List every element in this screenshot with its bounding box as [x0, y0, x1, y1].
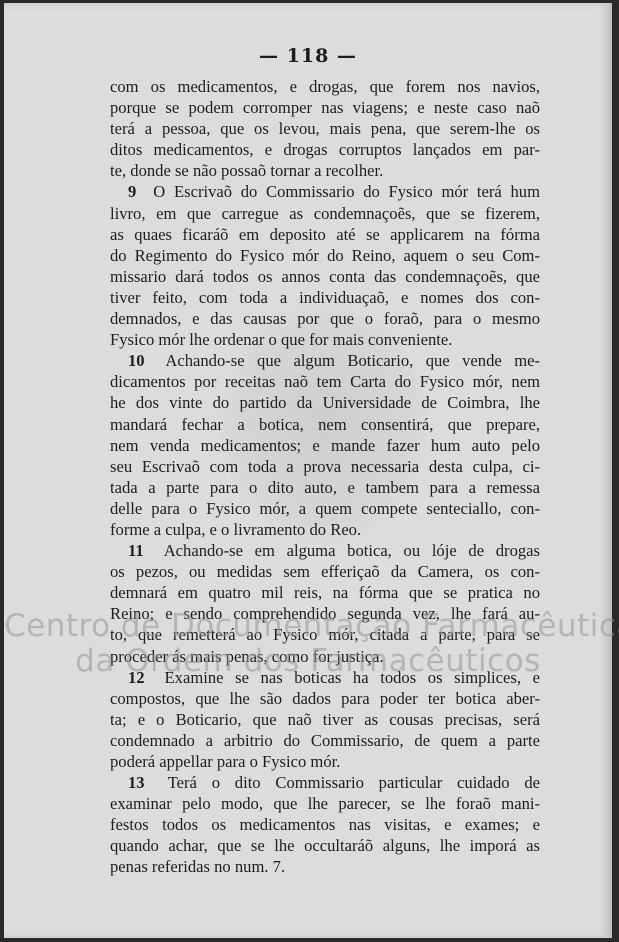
- text-line: penas referidas no num. 7.: [110, 856, 540, 877]
- paragraph-number: 11: [128, 541, 164, 560]
- text-line: festos todos os medicamentos nas visitas…: [110, 814, 540, 835]
- line-text: as quaes ficaráõ em deposito até se appl…: [110, 225, 540, 244]
- line-text: livro, em que carregue as condemnaçoẽs, …: [110, 204, 540, 223]
- line-text: forme a culpa, e o livramento do Reo.: [110, 520, 361, 539]
- text-line: com os medicamentos, e drogas, que forem…: [110, 76, 540, 97]
- watermark-line-1: Centro de Documentação Farmacêutica: [4, 608, 612, 644]
- line-text: do Regimento do Fysico mór do Reino, aqu…: [110, 246, 540, 265]
- text-line: livro, em que carregue as condemnaçoẽs, …: [110, 203, 540, 224]
- text-line: do Regimento do Fysico mór do Reino, aqu…: [110, 245, 540, 266]
- line-text: seu Escrivaõ com toda a prova necessaria…: [110, 457, 540, 476]
- text-line: tada a parte para o dito auto, e tambem …: [110, 477, 540, 498]
- line-text: te, donde se não possaõ tornar a recolhe…: [110, 161, 383, 180]
- body-text: com os medicamentos, e drogas, que forem…: [110, 76, 540, 878]
- line-text: dicamentos por receitas naõ tem Carta do…: [110, 372, 540, 391]
- text-line: os pezos, ou medidas sem efferiçaõ da Ca…: [110, 561, 540, 582]
- text-line: demnará em quatro mil reis, na fórma que…: [110, 582, 540, 603]
- text-line: seu Escrivaõ com toda a prova necessaria…: [110, 456, 540, 477]
- text-line: Fysico mór lhe ordenar o que for mais co…: [110, 329, 540, 350]
- page-spine-shadow: [604, 3, 612, 938]
- text-line: terá a pessoa, que os levou, mais pena, …: [110, 118, 540, 139]
- paragraph-start-line: 13 Terá o dito Commissario particular cu…: [110, 772, 540, 793]
- text-line: poderá appellar para o Fysico mór.: [110, 751, 540, 772]
- text-line: compostos, que lhe são dados para poder …: [110, 688, 540, 709]
- text-line: mandará fechar a botica, nem consentirá,…: [110, 414, 540, 435]
- text-line: porque se podem corromper nas viagens; e…: [110, 97, 540, 118]
- scanned-page: — 118 — com os medicamentos, e drogas, q…: [4, 3, 612, 938]
- text-line: ditos medicamentos, e drogas corruptos l…: [110, 139, 540, 160]
- line-text: he dos vinte do partido da Universidade …: [110, 393, 540, 412]
- line-text: tiver feito, com toda a individuaçaõ, e …: [110, 288, 540, 307]
- paragraph-start-line: 9 O Escrivaõ do Commissario do Fysico mó…: [110, 181, 540, 202]
- line-text: quando achar, que se lhe occultaráõ algu…: [110, 836, 540, 855]
- line-text: demnados, e das causas por que o foraõ, …: [110, 309, 540, 328]
- line-text: Achando-se que algum Boticario, que vend…: [165, 351, 540, 370]
- paragraph-number: 13: [128, 773, 168, 792]
- line-text: ditos medicamentos, e drogas corruptos l…: [110, 140, 540, 159]
- paragraph-number: 10: [128, 351, 165, 370]
- paragraph-start-line: 10 Achando-se que algum Boticario, que v…: [110, 350, 540, 371]
- text-line: dicamentos por receitas naõ tem Carta do…: [110, 371, 540, 392]
- line-text: condemnado a arbitrio do Commissario, de…: [110, 731, 540, 750]
- line-text: compostos, que lhe são dados para poder …: [110, 689, 540, 708]
- text-line: nem venda medicamentos; e mande fazer hu…: [110, 435, 540, 456]
- text-line: missario dará todos os annos conta das c…: [110, 266, 540, 287]
- line-text: Fysico mór lhe ordenar o que for mais co…: [110, 330, 452, 349]
- line-text: com os medicamentos, e drogas, que forem…: [110, 77, 540, 96]
- text-line: tiver feito, com toda a individuaçaõ, e …: [110, 287, 540, 308]
- page-number-header: — 118 —: [4, 45, 612, 67]
- line-text: O Escrivaõ do Commissario do Fysico mór …: [153, 182, 540, 201]
- line-text: missario dará todos os annos conta das c…: [110, 267, 540, 286]
- line-text: Terá o dito Commissario particular cuida…: [168, 773, 540, 792]
- text-line: examinar pelo modo, que lhe parecer, se …: [110, 793, 540, 814]
- paragraph-number: 9: [128, 182, 153, 201]
- line-text: penas referidas no num. 7.: [110, 857, 285, 876]
- text-line: ta; e o Boticario, que naõ tiver as cous…: [110, 709, 540, 730]
- line-text: porque se podem corromper nas viagens; e…: [110, 98, 540, 117]
- text-line: as quaes ficaráõ em deposito até se appl…: [110, 224, 540, 245]
- line-text: Achando-se em alguma botica, ou lóje de …: [164, 541, 540, 560]
- text-line: forme a culpa, e o livramento do Reo.: [110, 519, 540, 540]
- line-text: terá a pessoa, que os levou, mais pena, …: [110, 119, 540, 138]
- line-text: mandará fechar a botica, nem consentirá,…: [110, 415, 540, 434]
- line-text: delle para o Fysico mór, a quem compete …: [110, 499, 540, 518]
- text-line: he dos vinte do partido da Universidade …: [110, 392, 540, 413]
- paragraph-start-line: 11 Achando-se em alguma botica, ou lóje …: [110, 540, 540, 561]
- text-line: condemnado a arbitrio do Commissario, de…: [110, 730, 540, 751]
- line-text: festos todos os medicamentos nas visitas…: [110, 815, 540, 834]
- text-line: delle para o Fysico mór, a quem compete …: [110, 498, 540, 519]
- line-text: tada a parte para o dito auto, e tambem …: [110, 478, 540, 497]
- line-text: demnará em quatro mil reis, na fórma que…: [110, 583, 540, 602]
- line-text: poderá appellar para o Fysico mór.: [110, 752, 340, 771]
- text-line: quando achar, que se lhe occultaráõ algu…: [110, 835, 540, 856]
- line-text: nem venda medicamentos; e mande fazer hu…: [110, 436, 540, 455]
- text-line: te, donde se não possaõ tornar a recolhe…: [110, 160, 540, 181]
- watermark-line-2: da Ordem dos Farmacêuticos: [4, 643, 612, 679]
- line-text: ta; e o Boticario, que naõ tiver as cous…: [110, 710, 540, 729]
- text-line: demnados, e das causas por que o foraõ, …: [110, 308, 540, 329]
- line-text: examinar pelo modo, que lhe parecer, se …: [110, 794, 540, 813]
- line-text: os pezos, ou medidas sem efferiçaõ da Ca…: [110, 562, 540, 581]
